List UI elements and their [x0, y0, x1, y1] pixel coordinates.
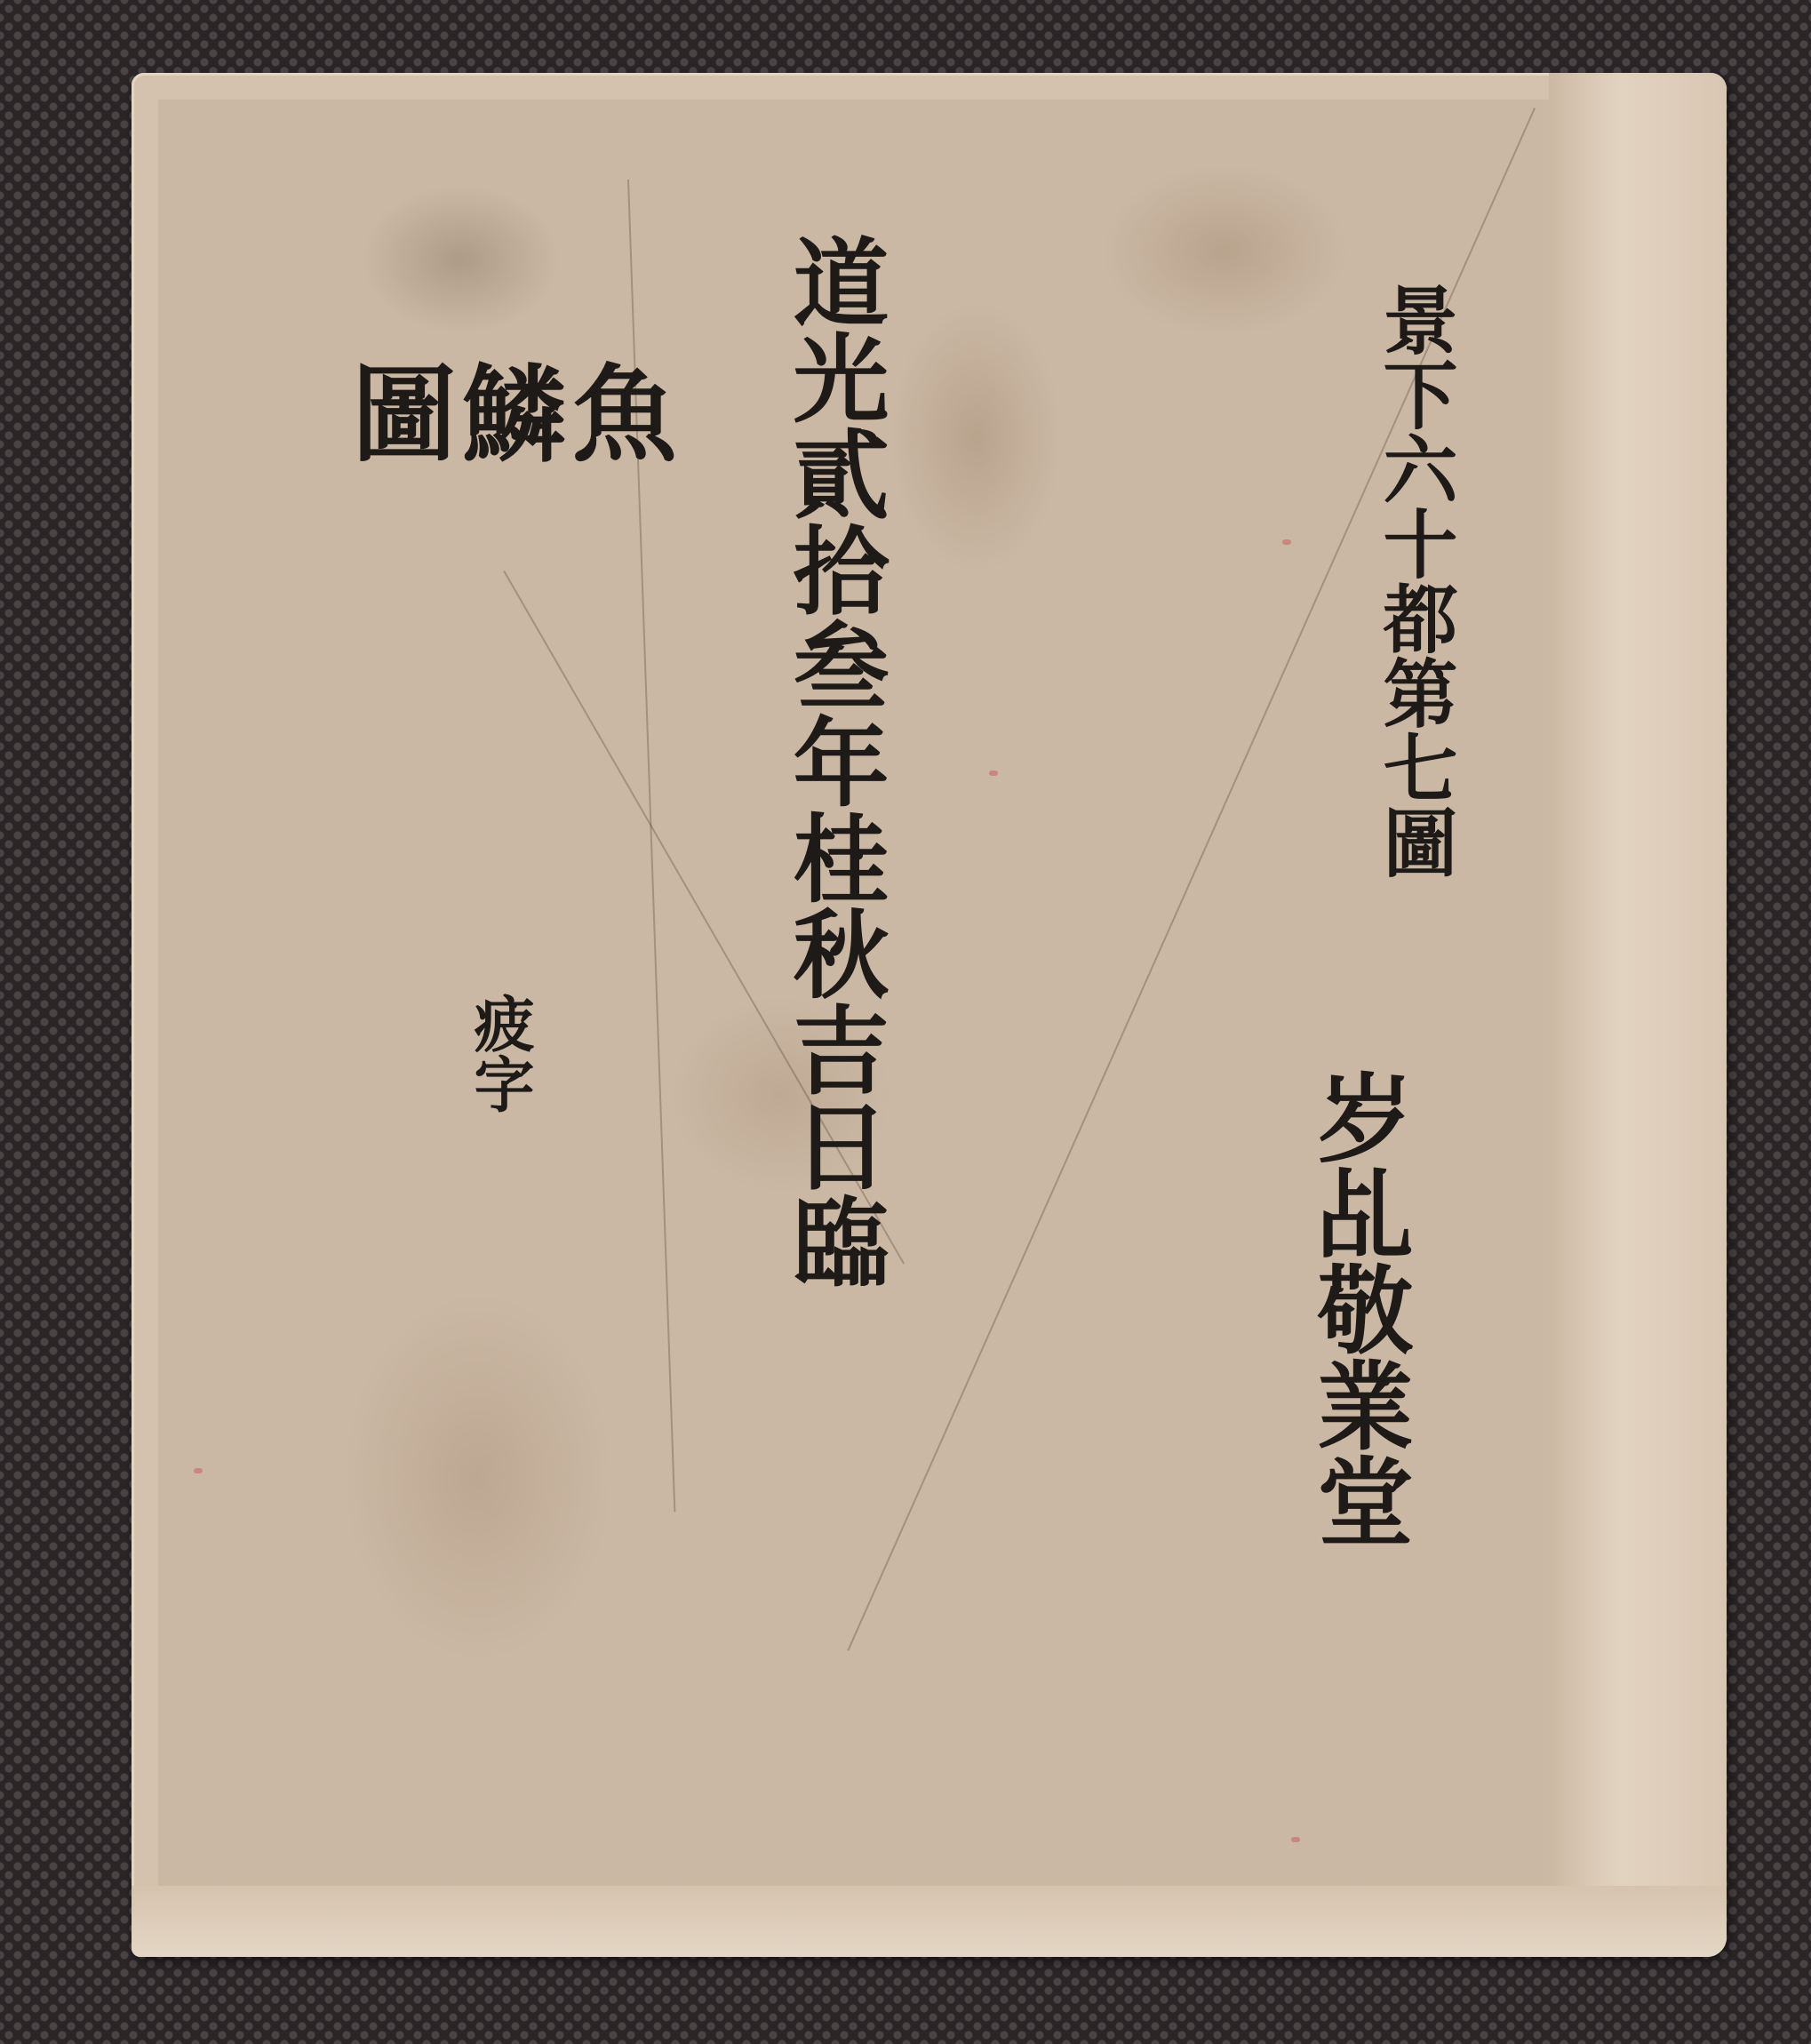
bottom-page-edges	[132, 1886, 1727, 1957]
place-inscription-hall: 岁乩敬業堂	[1309, 1068, 1405, 1548]
red-ink-mark	[989, 770, 998, 776]
title-char: 圖	[340, 359, 451, 464]
red-ink-mark	[1291, 1837, 1300, 1842]
place-inscription-district: 景下六十都第七圖	[1377, 282, 1452, 879]
cover-title: 魚 鱗 圖	[340, 359, 671, 499]
title-char: 鱗	[451, 359, 561, 464]
title-char: 魚	[561, 359, 671, 464]
red-ink-mark	[1282, 539, 1291, 545]
manuscript-book: 魚 鱗 圖 疲字 道光貳拾叁年桂秋吉日臨 景下六十都第七圖 岁乩敬業堂	[132, 73, 1727, 1957]
bound-edge	[1549, 73, 1727, 1957]
date-inscription: 道光貳拾叁年桂秋吉日臨	[785, 233, 881, 1289]
red-ink-mark	[194, 1468, 203, 1473]
cover-note: 疲字	[469, 993, 530, 1114]
